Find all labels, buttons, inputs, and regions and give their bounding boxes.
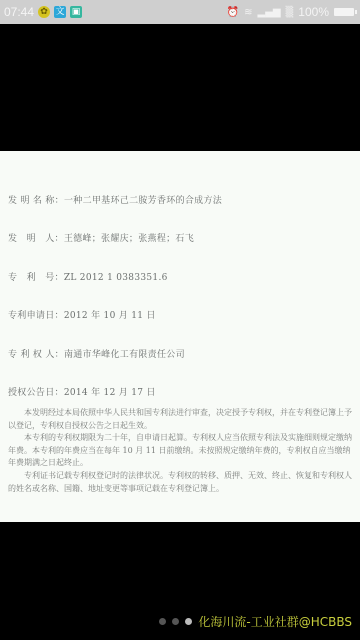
page-dot[interactable] [159,618,166,625]
wifi-icon: ≋ [244,7,252,18]
page-dot-active[interactable] [185,618,192,625]
page-dot[interactable] [172,618,179,625]
battery-icon [334,8,354,16]
clock: 07:44 [4,5,34,19]
signal-icon: ▂▄▆ [258,7,281,18]
paragraph: 本专利的专利权期限为二十年，自申请日起算。专利权人应当依照专利法及实施细则规定缴… [8,432,354,470]
footer: 化海川流-工业社群@HCBBS [159,613,352,630]
app-blue-icon: 文 [54,6,66,18]
certificate-body: 本发明经过本局依照中华人民共和国专利法进行审查，决定授予专利权，并在专利登记簿上… [8,407,354,495]
patent-certificate-image[interactable]: 发 明 名 称：一种二甲基环己二胺芳香环的合成方法 发 明 人：王德峰；张耀庆；… [0,151,360,522]
field-application-date: 专利申请日：2012 年 10 月 11 日 [8,308,156,321]
app-teal-icon: ▣ [70,6,82,18]
battery-percent: 100% [298,5,329,19]
paragraph: 专利证书记载专利权登记时的法律状况。专利权的转移、质押、无效、终止、恢复和专利权… [8,470,354,495]
paragraph: 本发明经过本局依照中华人民共和国专利法进行审查，决定授予专利权，并在专利登记簿上… [8,407,354,432]
status-bar: 07:44 ✿ 文 ▣ ⏰ ≋ ▂▄▆ ▒ 100% [0,0,360,24]
sun-badge-icon: ✿ [38,6,50,18]
field-patentee: 专 利 权 人：南通市华峰化工有限责任公司 [8,347,185,360]
field-grant-date: 授权公告日：2014 年 12 月 17 日 [8,385,156,398]
alarm-icon: ⏰ [227,7,239,18]
signal-2-icon: ▒ [286,7,294,18]
field-patent-number: 专 利 号：ZL 2012 1 0383351.6 [8,270,168,283]
field-inventors: 发 明 人：王德峰；张耀庆；张燕程；石飞 [8,231,194,244]
watermark: 化海川流-工业社群@HCBBS [198,613,352,630]
field-invention-name: 发 明 名 称：一种二甲基环己二胺芳香环的合成方法 [8,193,222,206]
